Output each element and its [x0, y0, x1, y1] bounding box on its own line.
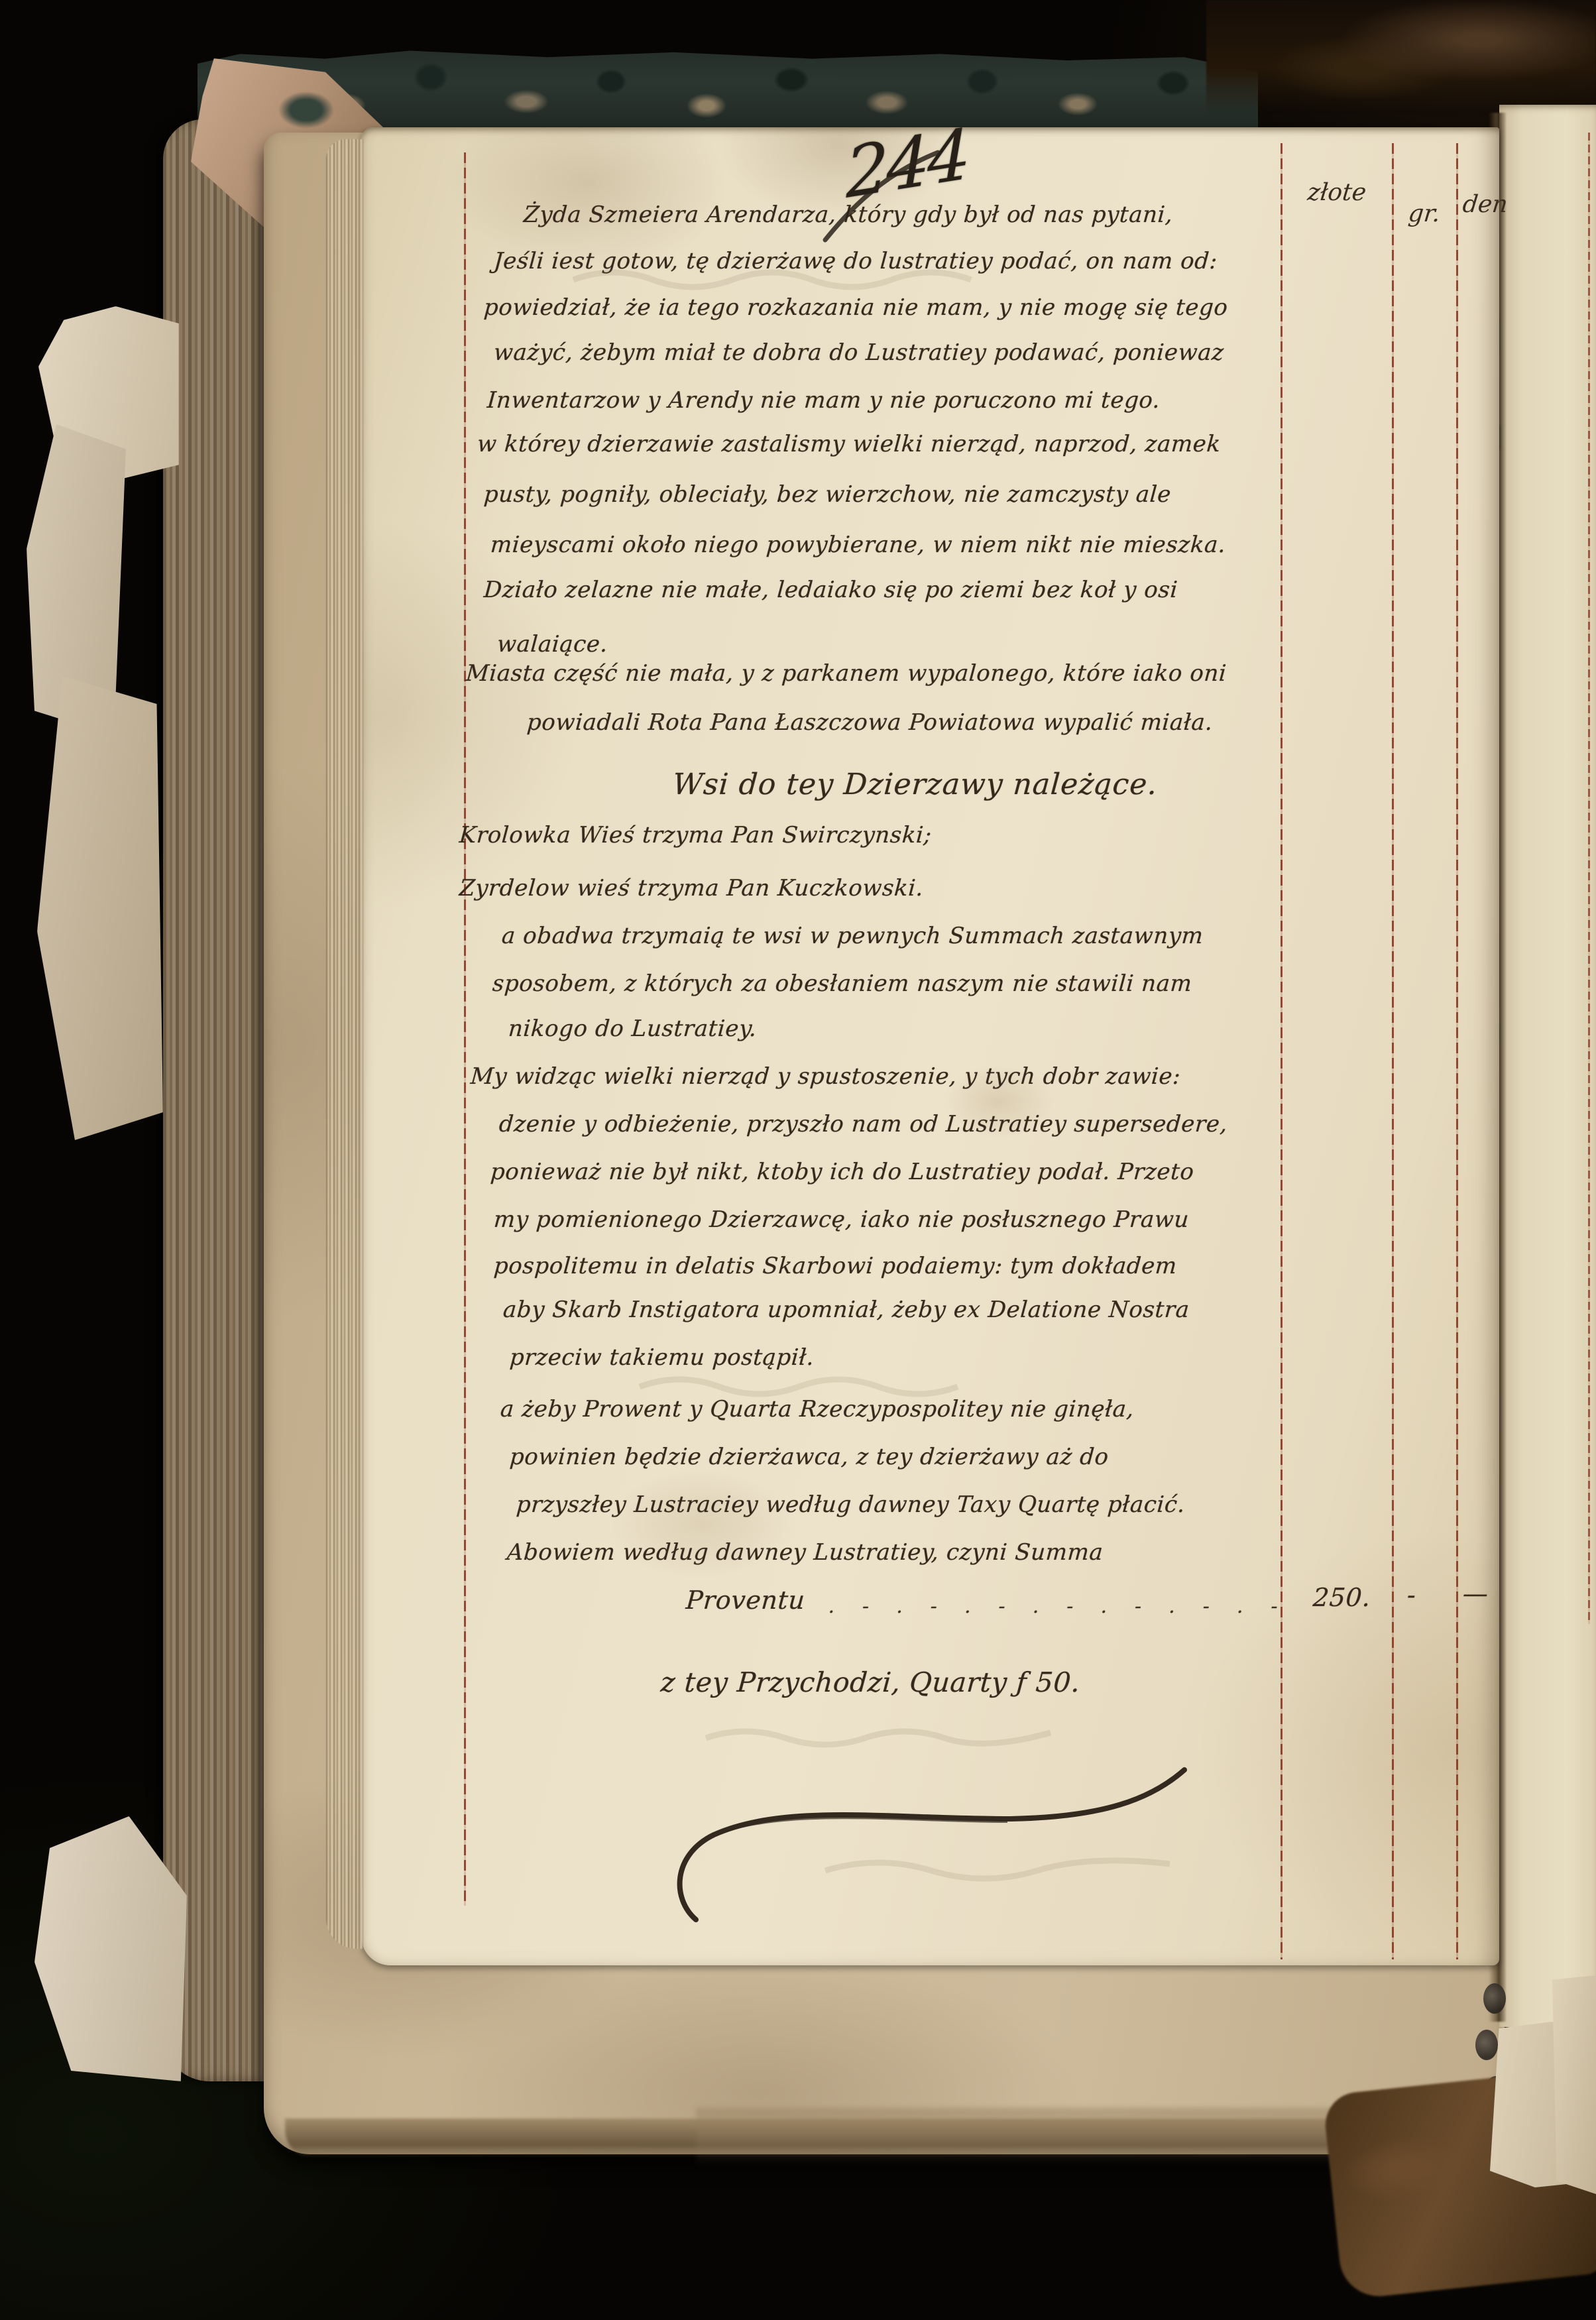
manuscript-line: Abowiem według dawney Lustratiey, czyni …: [506, 1539, 1104, 1566]
manuscript-line: ponieważ nie był nikt, ktoby ich do Lust…: [490, 1159, 1195, 1185]
manuscript-line: my pomienionego Dzierzawcę, iako nie pos…: [493, 1206, 1190, 1233]
leather-binding-top: [1206, 0, 1596, 113]
sum-gr-value: -: [1406, 1580, 1417, 1609]
manuscript-line: Żyda Szmeiera Arendarza, który gdy był o…: [523, 202, 1174, 228]
manuscript-line: mieyscami około niego powybierane, w nie…: [490, 532, 1227, 558]
manuscript-line: pusty, pogniły, obleciały, bez wierzchow…: [483, 481, 1172, 508]
binding-stitch: [1483, 1983, 1506, 2014]
torn-paper-fragment: [37, 676, 163, 1140]
margin-rule-red: [464, 152, 466, 1906]
manuscript-line: a obadwa trzymaią te wsi w pewnych Summa…: [501, 923, 1204, 949]
manuscript-line: przeciw takiemu postąpił.: [509, 1344, 815, 1371]
binding-stitch: [1475, 2030, 1498, 2060]
next-leaf-edge: [1499, 105, 1596, 2027]
manuscript-line: Krolowka Wieś trzyma Pan Swirczynski;: [459, 822, 933, 848]
column-rule-red: [1281, 143, 1282, 1959]
sum-den-value: —: [1461, 1579, 1489, 1608]
photo-backdrop: 244 złote gr. den Żyda Szmeiera Arendarz…: [0, 0, 1596, 2320]
proventu-label: Proventu: [685, 1586, 806, 1615]
manuscript-line: My widząc wielki nierząd y spustoszenie,…: [470, 1063, 1182, 1090]
manuscript-line: Miasta część nie mała, y z parkanem wypa…: [465, 660, 1227, 687]
paper-tab: [1552, 1975, 1596, 2194]
manuscript-line: aby Skarb Instigatora upomniał, żeby ex …: [502, 1297, 1190, 1323]
manuscript-line: powiedział, że ia tego rozkazania nie ma…: [483, 294, 1229, 321]
manuscript-line: a żeby Prowent y Quarta Rzeczypospolitey…: [500, 1396, 1135, 1422]
sum-zlote-value: 250.: [1312, 1583, 1371, 1612]
ruled-line-red: [1588, 133, 1590, 1624]
quarta-line: z tey Przychodzi, Quarty ƒ 50.: [659, 1666, 1081, 1698]
column-rule-red: [1392, 143, 1394, 1959]
folio-number: 244: [845, 113, 968, 214]
manuscript-line: Jeśli iest gotow, tę dzierżawę do lustra…: [493, 248, 1219, 274]
column-header-gr: gr.: [1407, 200, 1442, 227]
manuscript-page: 244 złote gr. den Żyda Szmeiera Arendarz…: [361, 127, 1499, 1965]
manuscript-line: powinien będzie dzierżawca, z tey dzierż…: [509, 1444, 1110, 1470]
manuscript-line: dzenie y odbieżenie, przyszło nam od Lus…: [498, 1111, 1229, 1137]
column-header-zlote: złote: [1306, 179, 1367, 206]
section-heading: Wsi do tey Dzierzawy należące.: [671, 768, 1159, 801]
manuscript-line: sposobem, z których za obesłaniem naszym…: [492, 970, 1193, 997]
manuscript-line: w którey dzierzawie zastalismy wielki ni…: [477, 431, 1222, 457]
manuscript-line: powiadali Rota Pana Łaszczowa Powiatowa …: [526, 709, 1214, 736]
manuscript-line: nikogo do Lustratiey.: [508, 1015, 758, 1042]
manuscript-line: ważyć, żebym miał te dobra do Lustratiey…: [493, 339, 1225, 366]
manuscript-line: Inwentarzow y Arendy nie mam y nie poruc…: [486, 387, 1161, 414]
bottom-page-edge-shadow: [696, 2108, 1359, 2168]
manuscript-line: Działo zelazne nie małe, ledaiako się po…: [483, 577, 1179, 603]
manuscript-line: walaiące.: [496, 631, 609, 658]
column-rule-red: [1456, 143, 1458, 1959]
page-edge-crease: [326, 139, 363, 1949]
manuscript-line: Zyrdelow wieś trzyma Pan Kuczkowski.: [459, 875, 925, 901]
leader-dots: . - . - . - . - . - . - . -: [828, 1595, 1289, 1618]
manuscript-line: przyszłey Lustraciey według dawney Taxy …: [516, 1491, 1186, 1518]
page-stack-edge: [163, 119, 269, 2081]
column-header-den: den: [1461, 191, 1509, 218]
manuscript-line: pospolitemu in delatis Skarbowi podaiemy…: [493, 1253, 1178, 1279]
